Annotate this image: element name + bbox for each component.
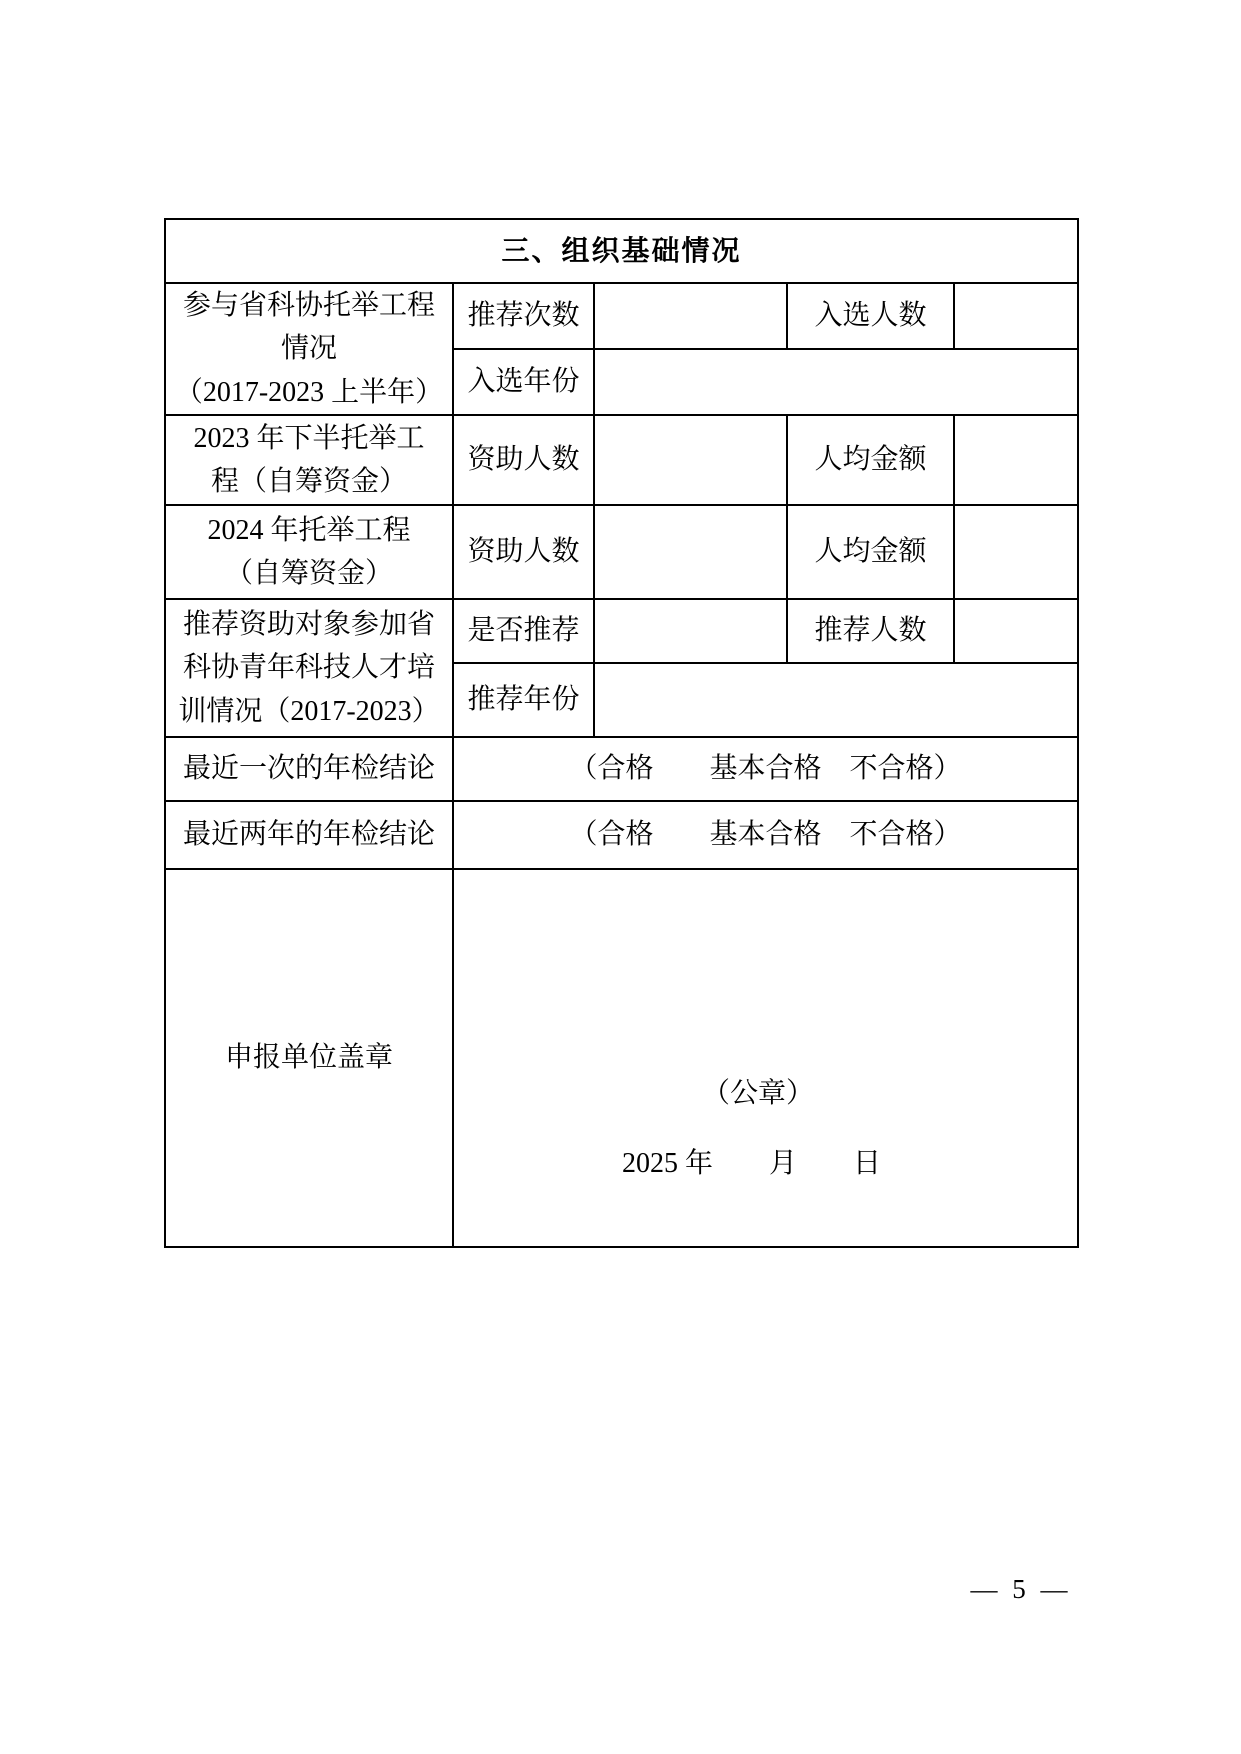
row-tuoju-2023h2: 2023 年下半托举工 程（自筹资金） 资助人数 人均金额 — [165, 415, 1078, 505]
tuoju-2023h2-avg-amount-input — [954, 415, 1078, 505]
section-title-row: 三、组织基础情况 — [165, 219, 1078, 283]
stamp-area-cell: （公章） 2025 年 月 日 — [453, 869, 1078, 1247]
seal-placeholder: （公章） — [702, 1072, 814, 1115]
annual-check-two-label: 最近两年的年检结论 — [165, 801, 453, 869]
training-recommend-year-input — [594, 663, 1078, 737]
tuoju-2024-avg-amount-label: 人均金额 — [787, 505, 954, 599]
section-title: 三、组织基础情况 — [165, 219, 1078, 283]
tuoju-2023h2-avg-amount-label: 人均金额 — [787, 415, 954, 505]
annual-check-last-options: （合格 基本合格 不合格） — [453, 737, 1078, 801]
tuoju-selected-year-input — [594, 349, 1078, 415]
tuoju-2024-label: 2024 年托举工程 （自筹资金） — [165, 505, 453, 599]
page-number: — 5 — — [956, 1574, 1086, 1605]
row-tuoju-2024: 2024 年托举工程 （自筹资金） 资助人数 人均金额 — [165, 505, 1078, 599]
stamp-date-line: 2025 年 月 日 — [622, 1142, 881, 1185]
tuoju-2024-avg-amount-input — [954, 505, 1078, 599]
tuoju-selected-count-label: 入选人数 — [787, 283, 954, 349]
training-label: 推荐资助对象参加省 科协青年科技人才培 训情况（2017-2023） — [165, 599, 453, 737]
annual-check-two-options: （合格 基本合格 不合格） — [453, 801, 1078, 869]
row-annual-check-last: 最近一次的年检结论 （合格 基本合格 不合格） — [165, 737, 1078, 801]
tuoju-2023h2-funded-count-input — [594, 415, 787, 505]
stamp-label: 申报单位盖章 — [165, 869, 453, 1247]
tuoju-2024-funded-count-label: 资助人数 — [453, 505, 594, 599]
tuoju-2023h2-funded-count-label: 资助人数 — [453, 415, 594, 505]
tuoju-2023h2-label: 2023 年下半托举工 程（自筹资金） — [165, 415, 453, 505]
training-recommend-year-label: 推荐年份 — [453, 663, 594, 737]
tuoju-selected-count-input — [954, 283, 1078, 349]
training-recommend-count-input — [954, 599, 1078, 663]
row-stamp: 申报单位盖章 （公章） 2025 年 月 日 — [165, 869, 1078, 1247]
document-page: 三、组织基础情况 参与省科协托举工程 情况 （2017-2023 上半年） 推荐… — [0, 0, 1241, 1754]
tuoju-2024-funded-count-input — [594, 505, 787, 599]
annual-check-last-label: 最近一次的年检结论 — [165, 737, 453, 801]
tuoju-selected-year-label: 入选年份 — [453, 349, 594, 415]
tuoju-recommend-count-input — [594, 283, 787, 349]
training-is-recommend-label: 是否推荐 — [453, 599, 594, 663]
org-basic-info-table: 三、组织基础情况 参与省科协托举工程 情况 （2017-2023 上半年） 推荐… — [164, 218, 1079, 1248]
training-is-recommend-input — [594, 599, 787, 663]
tuoju-label: 参与省科协托举工程 情况 （2017-2023 上半年） — [165, 283, 453, 415]
tuoju-recommend-count-label: 推荐次数 — [453, 283, 594, 349]
row-tuoju-program: 参与省科协托举工程 情况 （2017-2023 上半年） 推荐次数 入选人数 — [165, 283, 1078, 349]
row-annual-check-two: 最近两年的年检结论 （合格 基本合格 不合格） — [165, 801, 1078, 869]
training-recommend-count-label: 推荐人数 — [787, 599, 954, 663]
row-training-recommend: 推荐资助对象参加省 科协青年科技人才培 训情况（2017-2023） 是否推荐 … — [165, 599, 1078, 663]
